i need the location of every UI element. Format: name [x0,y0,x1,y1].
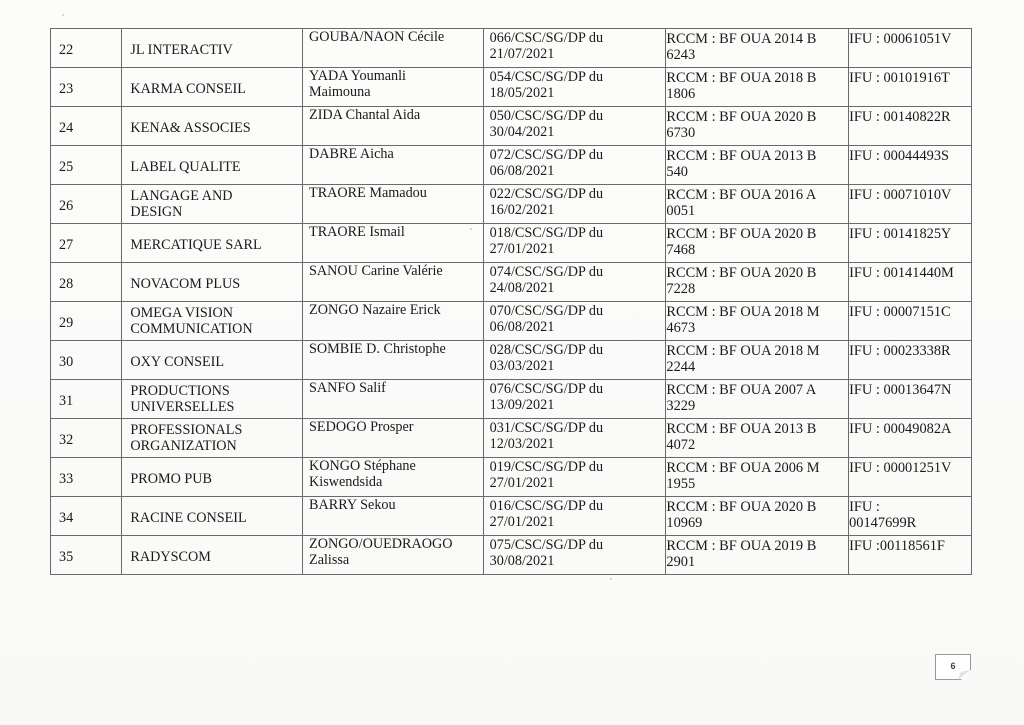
row-number-cell: 26 [51,185,122,224]
table-row: 35RADYSCOMZONGO/OUEDRAOGOZalissa075/CSC/… [51,536,972,575]
manager-name-cell: TRAORE Ismail [303,224,484,263]
manager-name: ZONGO Nazaire Erick [309,302,481,318]
scanned-page: 22JL INTERACTIVGOUBA/NAON Cécile066/CSC/… [0,0,1024,725]
rccm-number: RCCM : BF OUA 2018 M [666,343,846,359]
ifu-number: IFU : 00044493S [849,148,969,164]
authorization-ref-cell: 072/CSC/SG/DP du06/08/2021 [483,146,666,185]
authorization-ref-cell: 018/CSC/SG/DP du27/01/2021 [483,224,666,263]
company-name: LANGAGE AND [130,188,300,204]
rccm-number-cell: RCCM : BF OUA 2014 B6243 [666,29,849,68]
row-number: 25 [59,159,73,175]
authorization-ref: 031/CSC/SG/DP du [490,420,664,436]
ifu-number: IFU : 00071010V [849,187,969,203]
authorization-ref: 27/01/2021 [490,475,664,491]
rccm-number-cell: RCCM : BF OUA 2018 M4673 [666,302,849,341]
ifu-number-cell: IFU : 00001251V [849,458,972,497]
authorization-ref: 30/08/2021 [490,553,664,569]
table-row: 29OMEGA VISIONCOMMUNICATIONZONGO Nazaire… [51,302,972,341]
row-number: 30 [59,354,73,370]
ifu-number: IFU : 00061051V [849,31,969,47]
company-name-cell: PROFESSIONALSORGANIZATION [122,419,303,458]
rccm-number: RCCM : BF OUA 2020 B [666,109,846,125]
rccm-number: 2901 [666,554,846,570]
authorization-ref-cell: 075/CSC/SG/DP du30/08/2021 [483,536,666,575]
authorization-ref: 054/CSC/SG/DP du [490,69,664,85]
company-name-cell: JL INTERACTIV [122,29,303,68]
table-row: 26LANGAGE ANDDESIGNTRAORE Mamadou022/CSC… [51,185,972,224]
manager-name-cell: BARRY Sekou [303,497,484,536]
table-row: 22JL INTERACTIVGOUBA/NAON Cécile066/CSC/… [51,29,972,68]
row-number-cell: 23 [51,68,122,107]
table-row: 31PRODUCTIONSUNIVERSELLESSANFO Salif076/… [51,380,972,419]
company-name: DESIGN [130,204,300,220]
company-name: PROFESSIONALS [130,422,300,438]
row-number-cell: 32 [51,419,122,458]
manager-name-cell: ZONGO/OUEDRAOGOZalissa [303,536,484,575]
rccm-number: RCCM : BF OUA 2020 B [666,265,846,281]
company-name-cell: LABEL QUALITE [122,146,303,185]
row-number: 35 [59,549,73,565]
rccm-number: RCCM : BF OUA 2013 B [666,421,846,437]
row-number: 33 [59,471,73,487]
rccm-number-cell: RCCM : BF OUA 2019 B2901 [666,536,849,575]
authorization-ref: 016/CSC/SG/DP du [490,498,664,514]
row-number-cell: 22 [51,29,122,68]
ifu-number-cell: IFU : 00061051V [849,29,972,68]
authorization-ref: 018/CSC/SG/DP du [490,225,664,241]
authorization-ref: 022/CSC/SG/DP du [490,186,664,202]
ifu-number-cell: IFU : 00013647N [849,380,972,419]
rccm-number: 10969 [666,515,846,531]
authorization-ref: 072/CSC/SG/DP du [490,147,664,163]
table-row: 28NOVACOM PLUSSANOU Carine Valérie074/CS… [51,263,972,302]
authorization-ref: 070/CSC/SG/DP du [490,303,664,319]
rccm-number: 6243 [666,47,846,63]
row-number: 26 [59,198,73,214]
ifu-number: IFU : 00013647N [849,382,969,398]
registry-table: 22JL INTERACTIVGOUBA/NAON Cécile066/CSC/… [50,28,972,575]
row-number-cell: 33 [51,458,122,497]
authorization-ref: 066/CSC/SG/DP du [490,30,664,46]
manager-name-cell: DABRE Aicha [303,146,484,185]
company-name: PRODUCTIONS [130,383,300,399]
ifu-number-cell: IFU :00147699R [849,497,972,536]
ifu-number: IFU : 00001251V [849,460,969,476]
authorization-ref: 27/01/2021 [490,514,664,530]
ifu-number: IFU :00118561F [849,538,969,554]
manager-name: TRAORE Mamadou [309,185,481,201]
company-name: KENA& ASSOCIES [130,120,300,136]
rccm-number: RCCM : BF OUA 2007 A [666,382,846,398]
authorization-ref: 06/08/2021 [490,163,664,179]
rccm-number-cell: RCCM : BF OUA 2016 A0051 [666,185,849,224]
authorization-ref-cell: 076/CSC/SG/DP du13/09/2021 [483,380,666,419]
rccm-number-cell: RCCM : BF OUA 2007 A3229 [666,380,849,419]
row-number: 32 [59,432,73,448]
authorization-ref: 30/04/2021 [490,124,664,140]
ifu-number: IFU : 00049082A [849,421,969,437]
ifu-number: 00147699R [849,515,969,531]
row-number-cell: 34 [51,497,122,536]
row-number-cell: 31 [51,380,122,419]
authorization-ref: 028/CSC/SG/DP du [490,342,664,358]
rccm-number-cell: RCCM : BF OUA 2018 B1806 [666,68,849,107]
rccm-number: 2244 [666,359,846,375]
rccm-number: RCCM : BF OUA 2020 B [666,226,846,242]
page-number: 6 [950,661,955,671]
row-number: 31 [59,393,73,409]
company-name-cell: KENA& ASSOCIES [122,107,303,146]
rccm-number-cell: RCCM : BF OUA 2020 B7228 [666,263,849,302]
manager-name-cell: KONGO StéphaneKiswendsida [303,458,484,497]
ifu-number-cell: IFU : 00023338R [849,341,972,380]
company-name: NOVACOM PLUS [130,276,300,292]
rccm-number: RCCM : BF OUA 2020 B [666,499,846,515]
company-name: KARMA CONSEIL [130,81,300,97]
ifu-number-cell: IFU : 00007151C [849,302,972,341]
rccm-number-cell: RCCM : BF OUA 2018 M2244 [666,341,849,380]
table-row: 32PROFESSIONALSORGANIZATIONSEDOGO Prospe… [51,419,972,458]
manager-name-cell: SANOU Carine Valérie [303,263,484,302]
company-name: JL INTERACTIV [130,42,300,58]
table-row: 25LABEL QUALITEDABRE Aicha072/CSC/SG/DP … [51,146,972,185]
manager-name-cell: SANFO Salif [303,380,484,419]
company-name: MERCATIQUE SARL [130,237,300,253]
manager-name: SANFO Salif [309,380,481,396]
authorization-ref: 12/03/2021 [490,436,664,452]
rccm-number: 4072 [666,437,846,453]
row-number-cell: 28 [51,263,122,302]
ifu-number-cell: IFU : 00141440M [849,263,972,302]
manager-name-cell: ZIDA Chantal Aida [303,107,484,146]
company-name: OXY CONSEIL [130,354,300,370]
row-number-cell: 24 [51,107,122,146]
manager-name: SANOU Carine Valérie [309,263,481,279]
row-number: 22 [59,42,73,58]
authorization-ref-cell: 028/CSC/SG/DP du03/03/2021 [483,341,666,380]
manager-name: SOMBIE D. Christophe [309,341,481,357]
rccm-number: RCCM : BF OUA 2016 A [666,187,846,203]
authorization-ref: 076/CSC/SG/DP du [490,381,664,397]
company-name-cell: OXY CONSEIL [122,341,303,380]
authorization-ref: 03/03/2021 [490,358,664,374]
table-row: 24KENA& ASSOCIESZIDA Chantal Aida050/CSC… [51,107,972,146]
authorization-ref-cell: 019/CSC/SG/DP du27/01/2021 [483,458,666,497]
ifu-number-cell: IFU : 00044493S [849,146,972,185]
scan-speck [62,14,64,16]
company-name: ORGANIZATION [130,438,300,454]
rccm-number-cell: RCCM : BF OUA 2013 B4072 [666,419,849,458]
table-row: 33PROMO PUBKONGO StéphaneKiswendsida019/… [51,458,972,497]
ifu-number-cell: IFU :00118561F [849,536,972,575]
manager-name: ZONGO/OUEDRAOGO [309,536,481,552]
ifu-number: IFU : 00007151C [849,304,969,320]
authorization-ref: 06/08/2021 [490,319,664,335]
row-number-cell: 30 [51,341,122,380]
row-number: 23 [59,81,73,97]
authorization-ref: 019/CSC/SG/DP du [490,459,664,475]
manager-name-cell: TRAORE Mamadou [303,185,484,224]
company-name-cell: MERCATIQUE SARL [122,224,303,263]
ifu-number-cell: IFU : 00049082A [849,419,972,458]
authorization-ref-cell: 070/CSC/SG/DP du06/08/2021 [483,302,666,341]
company-name-cell: KARMA CONSEIL [122,68,303,107]
rccm-number: 0051 [666,203,846,219]
row-number: 28 [59,276,73,292]
authorization-ref: 18/05/2021 [490,85,664,101]
row-number-cell: 29 [51,302,122,341]
row-number: 29 [59,315,73,331]
rccm-number: RCCM : BF OUA 2014 B [666,31,846,47]
manager-name: KONGO Stéphane [309,458,481,474]
rccm-number: 7228 [666,281,846,297]
table-row: 27MERCATIQUE SARLTRAORE Ismail018/CSC/SG… [51,224,972,263]
row-number-cell: 35 [51,536,122,575]
rccm-number: RCCM : BF OUA 2018 M [666,304,846,320]
manager-name: BARRY Sekou [309,497,481,513]
table-row: 30OXY CONSEILSOMBIE D. Christophe028/CSC… [51,341,972,380]
ifu-number: IFU : 00141440M [849,265,969,281]
row-number: 24 [59,120,73,136]
company-name: COMMUNICATION [130,321,300,337]
rccm-number-cell: RCCM : BF OUA 2020 B10969 [666,497,849,536]
company-name: RACINE CONSEIL [130,510,300,526]
authorization-ref: 27/01/2021 [490,241,664,257]
company-name-cell: NOVACOM PLUS [122,263,303,302]
rccm-number: 540 [666,164,846,180]
rccm-number: 3229 [666,398,846,414]
authorization-ref-cell: 074/CSC/SG/DP du24/08/2021 [483,263,666,302]
ifu-number: IFU : 00141825Y [849,226,969,242]
company-name: RADYSCOM [130,549,300,565]
authorization-ref: 13/09/2021 [490,397,664,413]
manager-name: GOUBA/NAON Cécile [309,29,481,45]
rccm-number: 6730 [666,125,846,141]
manager-name-cell: SEDOGO Prosper [303,419,484,458]
manager-name: Maimouna [309,84,481,100]
rccm-number: RCCM : BF OUA 2019 B [666,538,846,554]
company-name-cell: PRODUCTIONSUNIVERSELLES [122,380,303,419]
rccm-number: RCCM : BF OUA 2018 B [666,70,846,86]
authorization-ref: 16/02/2021 [490,202,664,218]
manager-name: TRAORE Ismail [309,224,481,240]
authorization-ref-cell: 066/CSC/SG/DP du21/07/2021 [483,29,666,68]
row-number: 27 [59,237,73,253]
rccm-number: 1806 [666,86,846,102]
rccm-number-cell: RCCM : BF OUA 2020 B7468 [666,224,849,263]
authorization-ref: 074/CSC/SG/DP du [490,264,664,280]
row-number: 34 [59,510,73,526]
scan-speck [610,578,612,580]
authorization-ref: 075/CSC/SG/DP du [490,537,664,553]
company-name: LABEL QUALITE [130,159,300,175]
row-number-cell: 27 [51,224,122,263]
authorization-ref: 24/08/2021 [490,280,664,296]
manager-name: Kiswendsida [309,474,481,490]
rccm-number: 4673 [666,320,846,336]
authorization-ref-cell: 054/CSC/SG/DP du18/05/2021 [483,68,666,107]
manager-name: YADA Youmanli [309,68,481,84]
company-name-cell: RACINE CONSEIL [122,497,303,536]
manager-name: SEDOGO Prosper [309,419,481,435]
authorization-ref-cell: 016/CSC/SG/DP du27/01/2021 [483,497,666,536]
table-row: 23KARMA CONSEILYADA YoumanliMaimouna054/… [51,68,972,107]
authorization-ref: 21/07/2021 [490,46,664,62]
authorization-ref-cell: 022/CSC/SG/DP du16/02/2021 [483,185,666,224]
ifu-number: IFU : 00101916T [849,70,969,86]
company-name-cell: OMEGA VISIONCOMMUNICATION [122,302,303,341]
rccm-number-cell: RCCM : BF OUA 2006 M1955 [666,458,849,497]
rccm-number: RCCM : BF OUA 2006 M [666,460,846,476]
company-name: OMEGA VISION [130,305,300,321]
ifu-number: IFU : 00140822R [849,109,969,125]
manager-name-cell: YADA YoumanliMaimouna [303,68,484,107]
company-name-cell: LANGAGE ANDDESIGN [122,185,303,224]
company-name-cell: PROMO PUB [122,458,303,497]
manager-name: Zalissa [309,552,481,568]
ifu-number: IFU : 00023338R [849,343,969,359]
manager-name: DABRE Aicha [309,146,481,162]
page-number-badge: 6 [935,654,971,680]
manager-name-cell: GOUBA/NAON Cécile [303,29,484,68]
ifu-number-cell: IFU : 00140822R [849,107,972,146]
ifu-number: IFU : [849,499,969,515]
rccm-number: 7468 [666,242,846,258]
manager-name-cell: SOMBIE D. Christophe [303,341,484,380]
table-row: 34RACINE CONSEILBARRY Sekou016/CSC/SG/DP… [51,497,972,536]
company-name-cell: RADYSCOM [122,536,303,575]
authorization-ref-cell: 050/CSC/SG/DP du30/04/2021 [483,107,666,146]
manager-name-cell: ZONGO Nazaire Erick [303,302,484,341]
row-number-cell: 25 [51,146,122,185]
rccm-number-cell: RCCM : BF OUA 2020 B6730 [666,107,849,146]
company-name: UNIVERSELLES [130,399,300,415]
authorization-ref-cell: 031/CSC/SG/DP du12/03/2021 [483,419,666,458]
company-name: PROMO PUB [130,471,300,487]
rccm-number: RCCM : BF OUA 2013 B [666,148,846,164]
rccm-number: 1955 [666,476,846,492]
registry-table-body: 22JL INTERACTIVGOUBA/NAON Cécile066/CSC/… [51,29,972,575]
authorization-ref: 050/CSC/SG/DP du [490,108,664,124]
manager-name: ZIDA Chantal Aida [309,107,481,123]
ifu-number-cell: IFU : 00101916T [849,68,972,107]
rccm-number-cell: RCCM : BF OUA 2013 B540 [666,146,849,185]
ifu-number-cell: IFU : 00071010V [849,185,972,224]
ifu-number-cell: IFU : 00141825Y [849,224,972,263]
